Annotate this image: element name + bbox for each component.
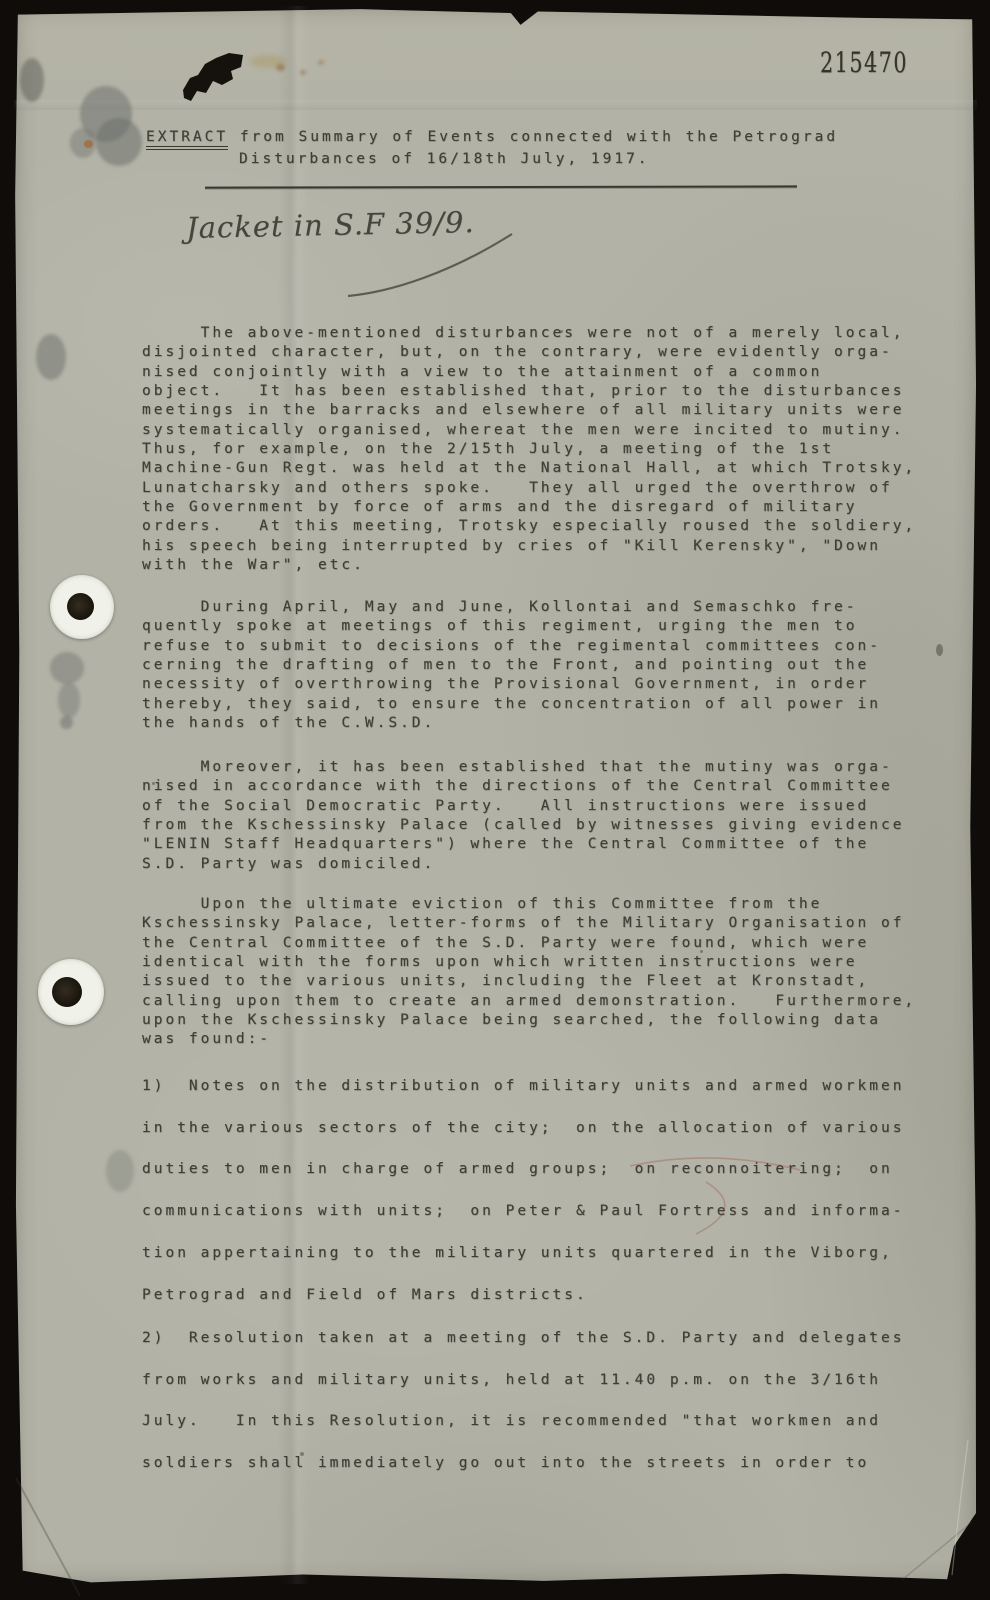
document-heading-line2: Disturbances of 16/18th July, 1917. bbox=[239, 150, 650, 169]
ink-speck bbox=[936, 644, 943, 656]
horizontal-crease bbox=[14, 100, 977, 110]
margin-smudge bbox=[60, 716, 73, 729]
gray-stain bbox=[96, 118, 142, 166]
document-heading-line1: EXTRACT from Summary of Events connected… bbox=[146, 128, 838, 147]
paragraph: The above-mentioned disturbances were no… bbox=[142, 324, 916, 575]
numbered-item: 1) Notes on the distribution of military… bbox=[142, 1066, 904, 1316]
reference-number-stamp: 215470 bbox=[820, 46, 908, 79]
margin-smudge bbox=[36, 334, 66, 380]
paragraph: Moreover, it has been established that t… bbox=[142, 758, 904, 874]
paragraph: During April, May and June, Kollontai an… bbox=[142, 598, 881, 733]
rust-spot bbox=[84, 140, 93, 148]
margin-smudge bbox=[106, 1150, 134, 1192]
paragraph: Upon the ultimate eviction of this Commi… bbox=[142, 895, 916, 1050]
heading-underlined-word: EXTRACT bbox=[146, 129, 228, 150]
rust-speck bbox=[276, 64, 285, 71]
rust-speck bbox=[300, 70, 306, 75]
margin-smudge bbox=[50, 652, 84, 684]
heading-line1-rest: from Summary of Events connected with th… bbox=[228, 129, 838, 145]
handwritten-note: Jacket in S.F 39/9. bbox=[186, 205, 475, 245]
numbered-item: 2) Resolution taken at a meeting of the … bbox=[142, 1318, 904, 1485]
punch-hole bbox=[52, 977, 82, 1007]
punch-hole bbox=[67, 593, 94, 620]
rust-speck bbox=[318, 60, 324, 65]
archival-document-scan: 215470 EXTRACT from Summary of Events co… bbox=[0, 0, 990, 1600]
edge-smudge bbox=[20, 58, 44, 102]
margin-smudge bbox=[58, 682, 80, 718]
